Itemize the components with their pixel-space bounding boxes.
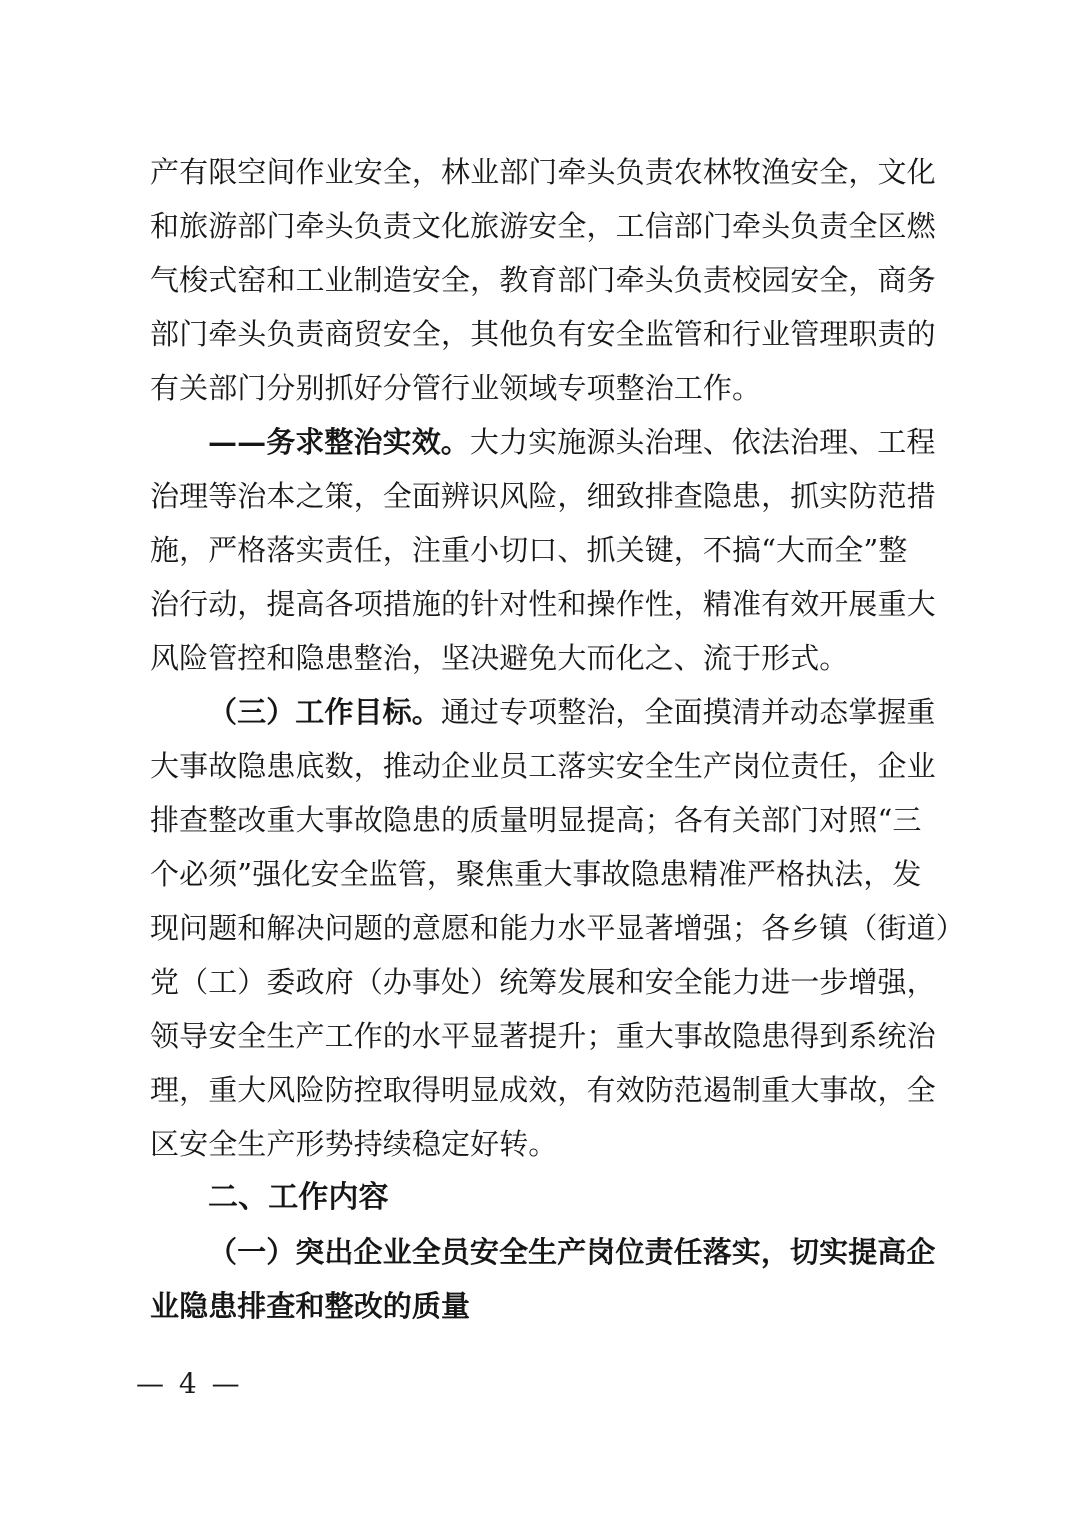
text-line: 施，严格落实责任，注重小切口、抓关键，不搞“大而全”整 bbox=[150, 523, 934, 577]
body-text: 领导安全生产工作的水平显著提升；重大事故隐患得到系统治 bbox=[150, 1019, 936, 1053]
text-line: 产有限空间作业安全，林业部门牵头负责农林牧渔安全，文化 bbox=[150, 145, 934, 199]
paragraph-work-goals: （三）工作目标。通过专项整治，全面摸清并动态掌握重大事故隐患底数，推动企业员工落… bbox=[150, 685, 934, 1171]
document-text: 产有限空间作业安全，林业部门牵头负责农林牧渔安全，文化和旅游部门牵头负责文化旅游… bbox=[150, 145, 934, 1333]
text-line: 个必须”强化安全监管，聚焦重大事故隐患精准严格执法，发 bbox=[150, 847, 934, 901]
body-text: 风险管控和隐患整治，坚决避免大而化之、流于形式。 bbox=[150, 641, 848, 675]
document-page: 产有限空间作业安全，林业部门牵头负责农林牧渔安全，文化和旅游部门牵头负责文化旅游… bbox=[0, 0, 1074, 1520]
body-text: 排查整改重大事故隐患的质量明显提高；各有关部门对照“三 bbox=[150, 803, 922, 837]
body-text: 部门牵头负责商贸安全，其他负有安全监管和行业管理职责的 bbox=[150, 317, 936, 351]
text-line: 党（工）委政府（办事处）统筹发展和安全能力进一步增强， bbox=[150, 955, 934, 1009]
page-number: — 4 — bbox=[136, 1362, 243, 1406]
text-line: 治理等治本之策，全面辨识风险，细致排查隐患，抓实防范措 bbox=[150, 469, 934, 523]
text-line: 和旅游部门牵头负责文化旅游安全，工信部门牵头负责全区燃 bbox=[150, 199, 934, 253]
text-line: （一）突出企业全员安全生产岗位责任落实，切实提高企 bbox=[150, 1225, 934, 1279]
text-line: 现问题和解决问题的意愿和能力水平显著增强；各乡镇（街道） bbox=[150, 901, 934, 955]
body-text: 个必须”强化安全监管，聚焦重大事故隐患精准严格执法，发 bbox=[150, 857, 922, 891]
body-text: 大力实施源头治理、依法治理、工程 bbox=[470, 425, 936, 459]
body-text: 通过专项整治，全面摸清并动态掌握重 bbox=[441, 695, 936, 729]
body-text: 现问题和解决问题的意愿和能力水平显著增强；各乡镇（街道） bbox=[150, 911, 965, 945]
body-text: 治行动，提高各项措施的针对性和操作性，精准有效开展重大 bbox=[150, 587, 936, 621]
text-line: ——务求整治实效。大力实施源头治理、依法治理、工程 bbox=[150, 415, 934, 469]
body-text: 区安全生产形势持续稳定好转。 bbox=[150, 1127, 557, 1161]
body-text: 施，严格落实责任，注重小切口、抓关键，不搞“大而全”整 bbox=[150, 533, 907, 567]
text-line: 业隐患排查和整改的质量 bbox=[150, 1279, 934, 1333]
body-text: 治理等治本之策，全面辨识风险，细致排查隐患，抓实防范措 bbox=[150, 479, 936, 513]
paragraph-department-duties: 产有限空间作业安全，林业部门牵头负责农林牧渔安全，文化和旅游部门牵头负责文化旅游… bbox=[150, 145, 934, 415]
text-line: 区安全生产形势持续稳定好转。 bbox=[150, 1117, 934, 1171]
text-line: （三）工作目标。通过专项整治，全面摸清并动态掌握重 bbox=[150, 685, 934, 739]
body-text: 党（工）委政府（办事处）统筹发展和安全能力进一步增强， bbox=[150, 965, 936, 999]
paragraph-seek-real-results: ——务求整治实效。大力实施源头治理、依法治理、工程治理等治本之策，全面辨识风险，… bbox=[150, 415, 934, 685]
text-line: 有关部门分别抓好分管行业领域专项整治工作。 bbox=[150, 361, 934, 415]
heading-work-content: 二、工作内容 bbox=[150, 1171, 934, 1225]
body-text: 产有限空间作业安全，林业部门牵头负责农林牧渔安全，文化 bbox=[150, 155, 936, 189]
text-line: 风险管控和隐患整治，坚决避免大而化之、流于形式。 bbox=[150, 631, 934, 685]
bold-lead-text: ——务求整治实效。 bbox=[208, 425, 470, 459]
text-line: 部门牵头负责商贸安全，其他负有安全监管和行业管理职责的 bbox=[150, 307, 934, 361]
text-line: 排查整改重大事故隐患的质量明显提高；各有关部门对照“三 bbox=[150, 793, 934, 847]
subheading-item-one: （一）突出企业全员安全生产岗位责任落实，切实提高企业隐患排查和整改的质量 bbox=[150, 1225, 934, 1333]
body-text: 和旅游部门牵头负责文化旅游安全，工信部门牵头负责全区燃 bbox=[150, 209, 936, 243]
body-text: 有关部门分别抓好分管行业领域专项整治工作。 bbox=[150, 371, 761, 405]
text-line: 气梭式窑和工业制造安全，教育部门牵头负责校园安全，商务 bbox=[150, 253, 934, 307]
body-text: 理，重大风险防控取得明显成效，有效防范遏制重大事故，全 bbox=[150, 1073, 936, 1107]
bold-lead-text: （三）工作目标。 bbox=[208, 695, 441, 729]
text-line: 领导安全生产工作的水平显著提升；重大事故隐患得到系统治 bbox=[150, 1009, 934, 1063]
text-line: 治行动，提高各项措施的针对性和操作性，精准有效开展重大 bbox=[150, 577, 934, 631]
bold-lead-text: （一）突出企业全员安全生产岗位责任落实，切实提高企 bbox=[208, 1235, 936, 1269]
text-line: 大事故隐患底数，推动企业员工落实安全生产岗位责任，企业 bbox=[150, 739, 934, 793]
text-line: 理，重大风险防控取得明显成效，有效防范遏制重大事故，全 bbox=[150, 1063, 934, 1117]
bold-lead-text: 二、工作内容 bbox=[208, 1180, 389, 1215]
body-text: 气梭式窑和工业制造安全，教育部门牵头负责校园安全，商务 bbox=[150, 263, 936, 297]
body-text: 大事故隐患底数，推动企业员工落实安全生产岗位责任，企业 bbox=[150, 749, 936, 783]
text-line: 二、工作内容 bbox=[150, 1171, 934, 1225]
bold-lead-text: 业隐患排查和整改的质量 bbox=[150, 1289, 470, 1323]
